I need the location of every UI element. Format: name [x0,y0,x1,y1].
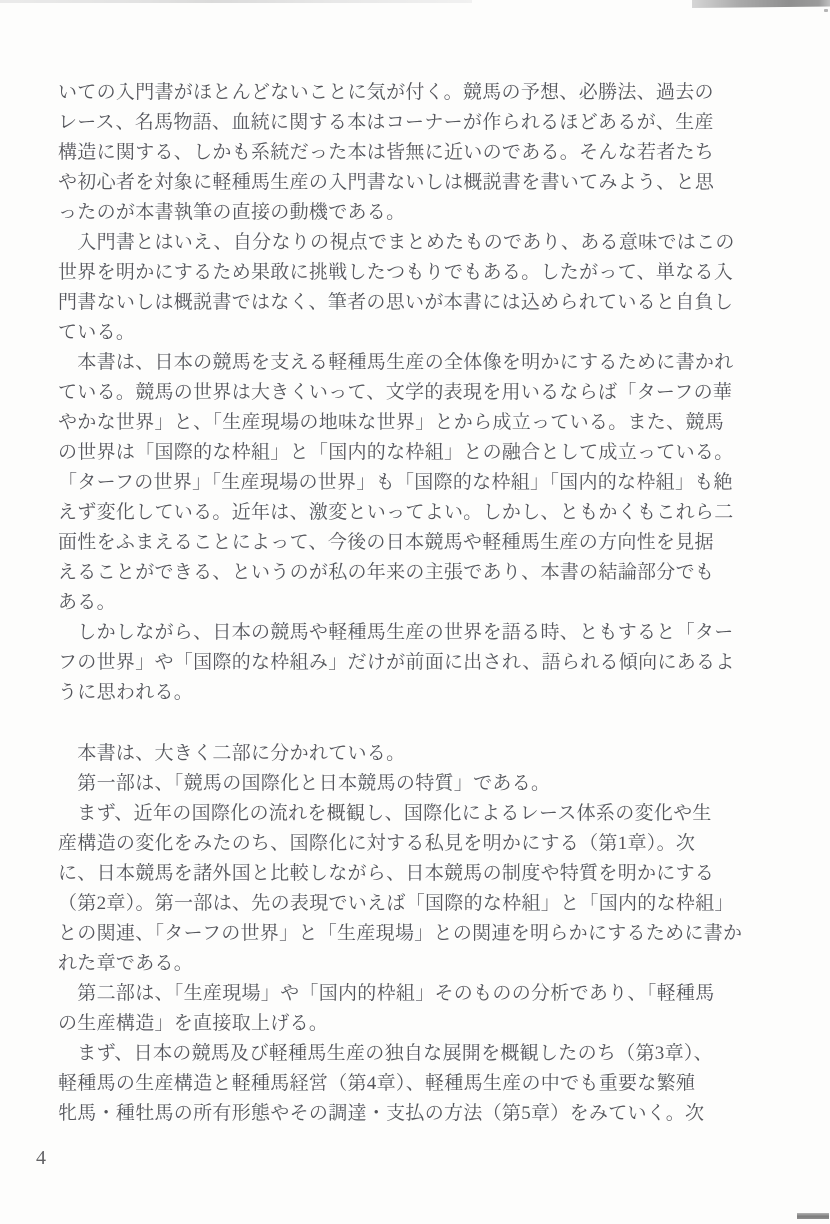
page-number: 4 [36,1146,46,1170]
text-line: 牝馬・種牡馬の所有形態やその調達・支払の方法（第5章）をみていく。次 [58,1099,734,1129]
text-line: の世界は「国際的な枠組」と「国内的な枠組」との融合として成立っている。 [58,438,734,468]
text-line: 構造に関する、しかも系統だった本は皆無に近いのである。そんな若者たち [58,138,734,168]
paragraph: 本書は、日本の競馬を支える軽種馬生産の全体像を明かにするために書かれている。競馬… [58,348,734,618]
paragraph: 第一部は、「競馬の国際化と日本競馬の特質」である。 [58,769,734,799]
paragraph: まず、日本の競馬及び軽種馬生産の独自な展開を概観したのち（第3章）、軽種馬の生産… [58,1039,734,1129]
text-line: えず変化している。近年は、激変といってよい。しかし、ともかくもこれら二 [58,498,734,528]
text-line: しかしながら、日本の競馬や軽種馬生産の世界を語る時、ともすると「ター [58,618,734,648]
text-line: 入門書とはいえ、自分なりの視点でまとめたものであり、ある意味ではこの [58,228,734,258]
paragraph: まず、近年の国際化の流れを概観し、国際化によるレース体系の変化や生産構造の変化を… [58,799,734,979]
text-line: れた章である。 [58,949,734,979]
text-line: えることができる、というのが私の年来の主張であり、本書の結論部分でも [58,558,734,588]
text-line: 世界を明かにするため果敢に挑戦したつもりでもある。したがって、単なる入 [58,258,734,288]
text-line: いての入門書がほとんどないことに気が付く。競馬の予想、必勝法、過去の [58,78,734,108]
text-line: まず、近年の国際化の流れを概観し、国際化によるレース体系の変化や生 [58,799,734,829]
text-line: ている。 [58,318,734,348]
text-line: 第一部は、「競馬の国際化と日本競馬の特質」である。 [58,769,734,799]
text-line: 面性をふまえることによって、今後の日本競馬や軽種馬生産の方向性を見据 [58,528,734,558]
paragraph: 本書は、大きく二部に分かれている。 [58,739,734,769]
text-line: 門書ないしは概説書ではなく、筆者の思いが本書には込められていると自負し [58,288,734,318]
text-line: ったのが本書執筆の直接の動機である。 [58,198,734,228]
text-line: ている。競馬の世界は大きくいって、文学的表現を用いるならば「ターフの華 [58,378,734,408]
text-line: フの世界」や「国際的な枠組み」だけが前面に出され、語られる傾向にあるよ [58,648,734,678]
text-line: まず、日本の競馬及び軽種馬生産の独自な展開を概観したのち（第3章）、 [58,1039,734,1069]
paragraph: しかしながら、日本の競馬や軽種馬生産の世界を語る時、ともすると「ターフの世界」や… [58,618,734,708]
text-line: （第2章）。第一部は、先の表現でいえば「国際的な枠組」と「国内的な枠組」 [58,889,734,919]
scan-artifact-top-edge-line [0,0,472,3]
text-line: 第二部は、「生産現場」や「国内的枠組」そのものの分析であり、「軽種馬 [58,979,734,1009]
text-line: との関連、「ターフの世界」と「生産現場」との関連を明らかにするために書か [58,919,734,949]
paragraph: 第二部は、「生産現場」や「国内的枠組」そのものの分析であり、「軽種馬の生産構造」… [58,979,734,1039]
text-line: ある。 [58,588,734,618]
scan-artifact-top-right-band [692,0,830,8]
text-line: 産構造の変化をみたのち、国際化に対する私見を明かにする（第1章）。次 [58,829,734,859]
text-line: の生産構造」を直接取上げる。 [58,1009,734,1039]
page-text-block: いての入門書がほとんどないことに気が付く。競馬の予想、必勝法、過去のレース、名馬… [58,78,734,1129]
text-line: 軽種馬の生産構造と軽種馬経営（第4章）、軽種馬生産の中でも重要な繁殖 [58,1069,734,1099]
text-line: に、日本競馬を諸外国と比較しながら、日本競馬の制度や特質を明かにする [58,859,734,889]
paragraph: いての入門書がほとんどないことに気が付く。競馬の予想、必勝法、過去のレース、名馬… [58,78,734,228]
text-line: 本書は、大きく二部に分かれている。 [58,739,734,769]
scan-artifact-bottom-right-mark [797,1213,829,1219]
text-line: や初心者を対象に軽種馬生産の入門書ないしは概説書を書いてみよう、と思 [58,168,734,198]
text-line: うに思われる。 [58,678,734,708]
text-line: 本書は、日本の競馬を支える軽種馬生産の全体像を明かにするために書かれ [58,348,734,378]
text-line: 「ターフの世界」「生産現場の世界」も「国際的な枠組」「国内的な枠組」も絶 [58,468,734,498]
text-line: レース、名馬物語、血統に関する本はコーナーが作られるほどあるが、生産 [58,108,734,138]
paragraph: 入門書とはいえ、自分なりの視点でまとめたものであり、ある意味ではこの世界を明かに… [58,228,734,348]
text-line: やかな世界」と、「生産現場の地味な世界」とから成立っている。また、競馬 [58,408,734,438]
scanned-book-page: { "document": { "kind": "scanned book pa… [0,0,830,1224]
scan-artifact-corner-dot [824,9,828,12]
